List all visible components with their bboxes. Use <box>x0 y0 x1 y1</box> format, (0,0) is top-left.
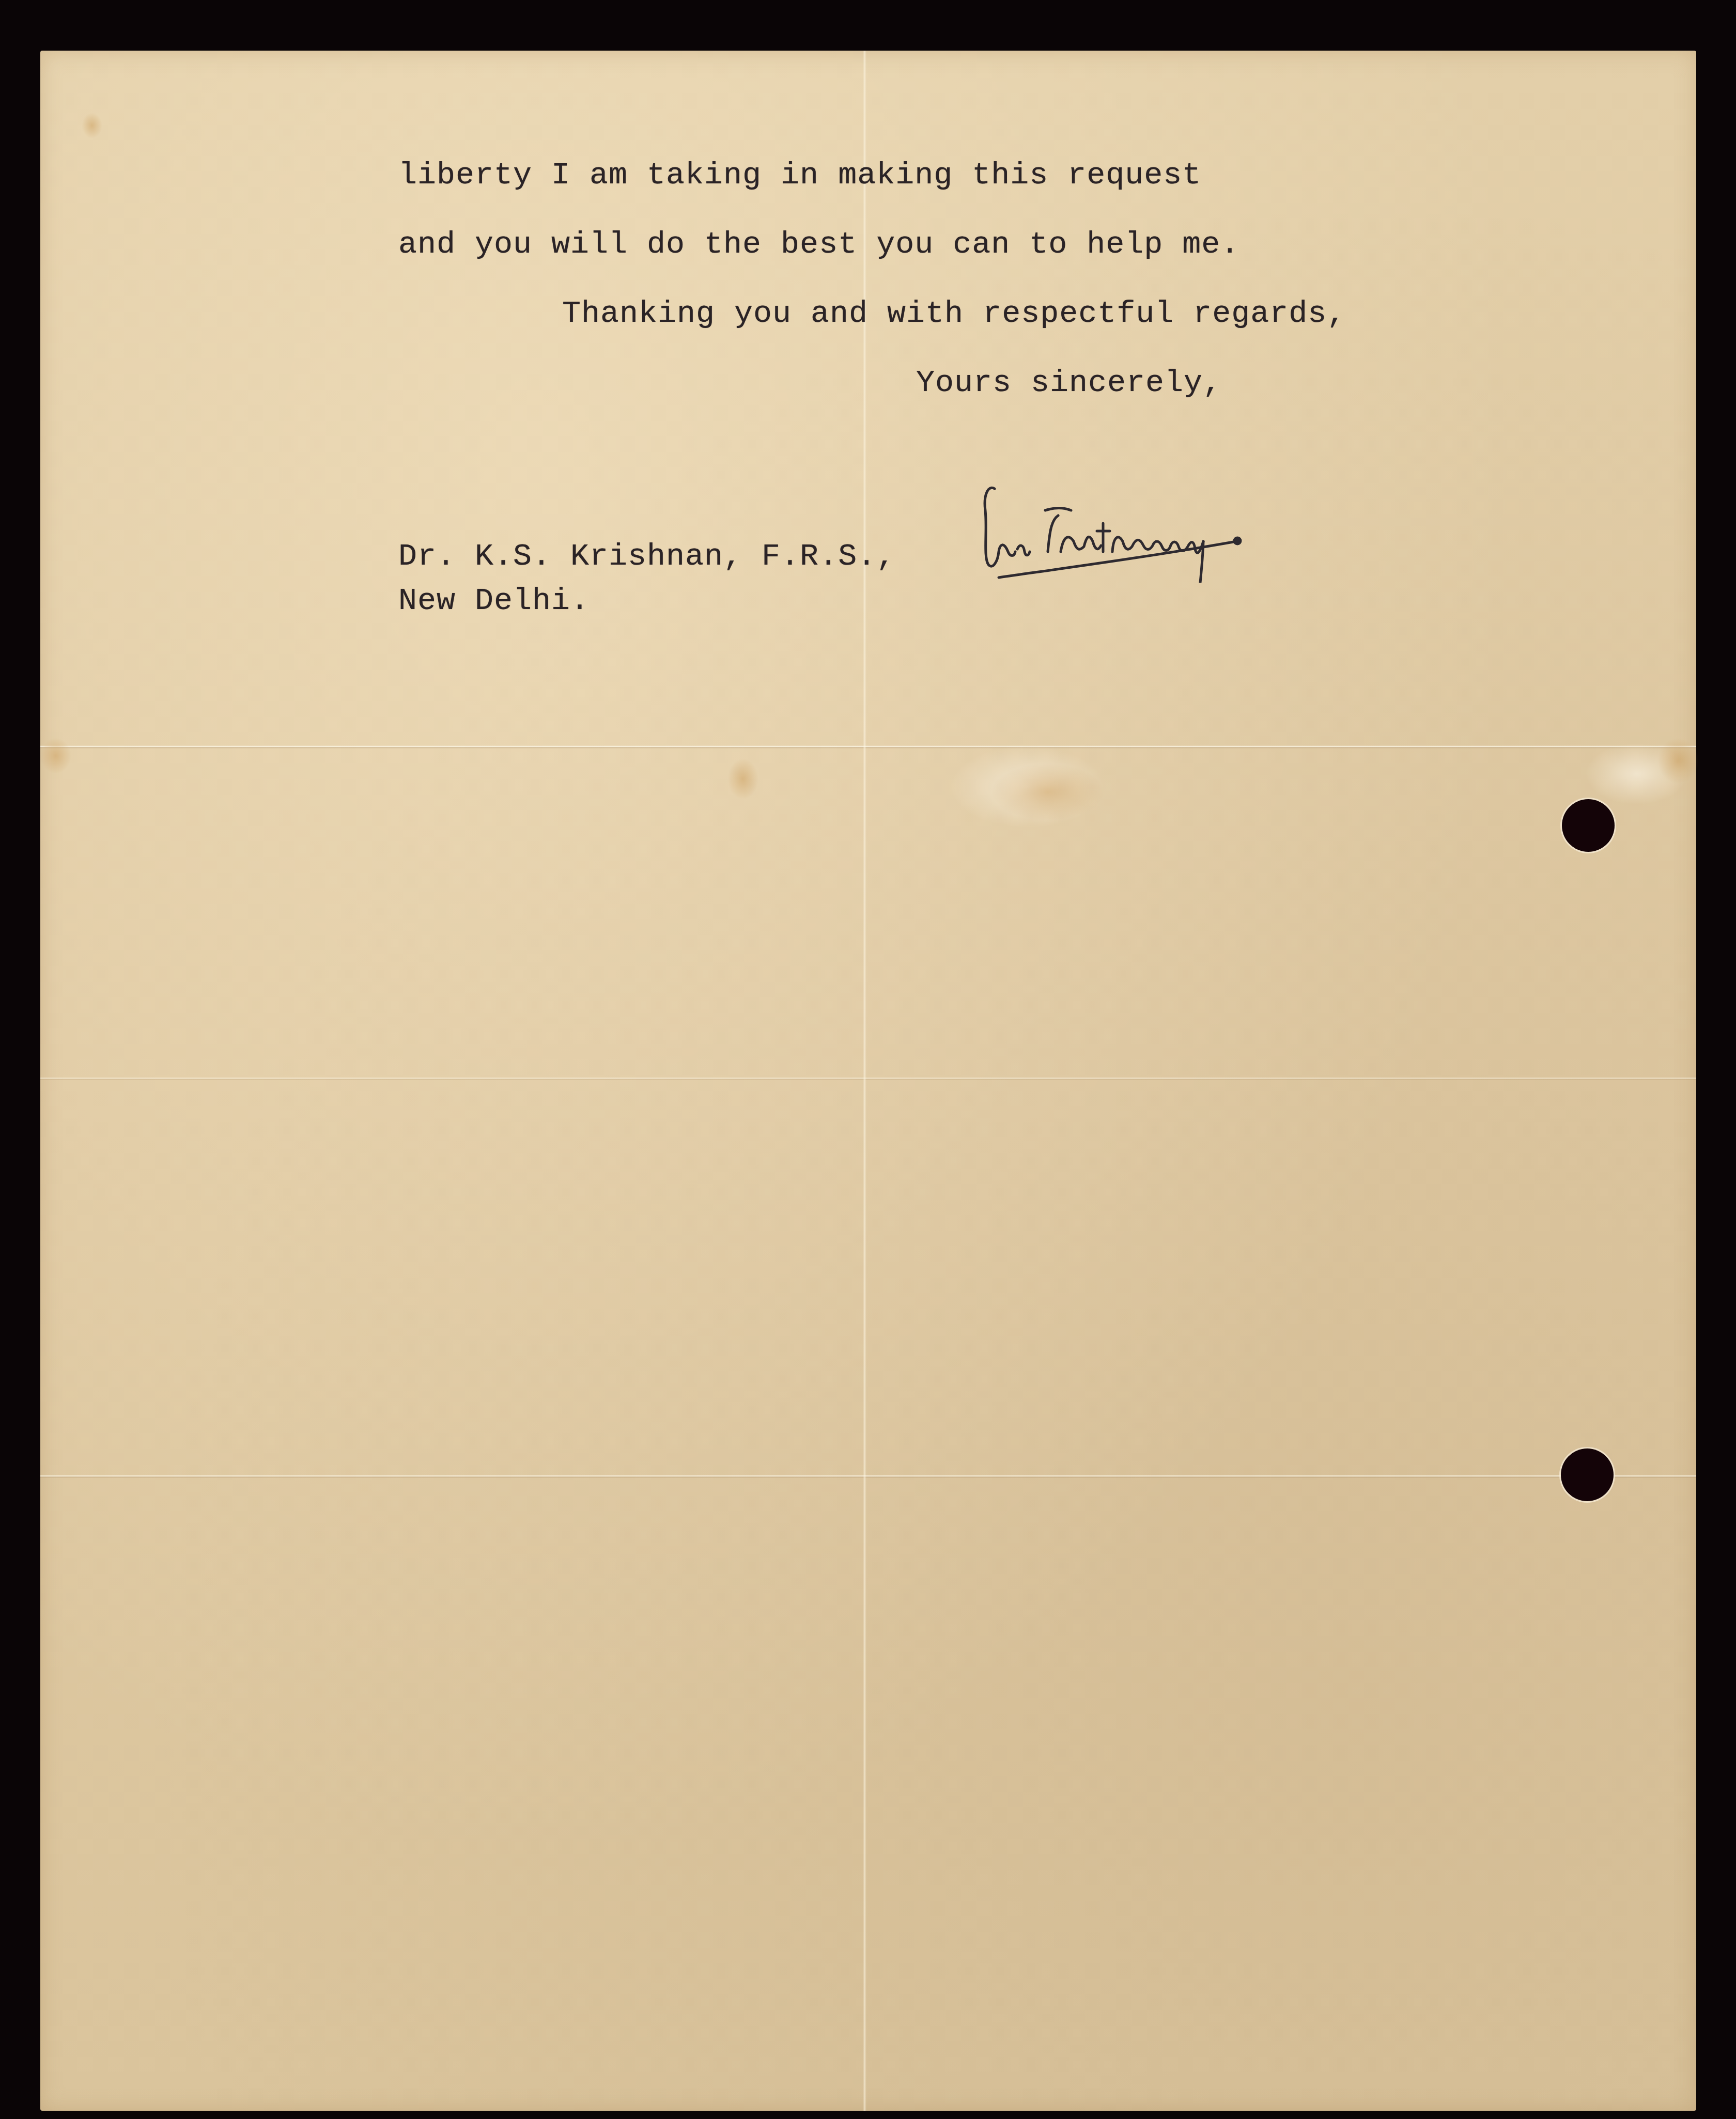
handwritten-signature <box>968 479 1329 583</box>
valediction: Yours sincerely, <box>916 368 1222 399</box>
letter-paper: liberty I am taking in making this reque… <box>40 51 1696 2111</box>
recipient-name: Dr. K.S. Krishnan, F.R.S., <box>398 541 895 572</box>
scanned-document: liberty I am taking in making this reque… <box>0 0 1736 2119</box>
body-line-1: liberty I am taking in making this reque… <box>398 160 1201 191</box>
fold-line-horizontal-2 <box>40 1077 1696 1080</box>
closing-line: Thanking you and with respectful regards… <box>562 299 1346 330</box>
paper-stain <box>40 738 71 774</box>
paper-stain <box>727 758 758 800</box>
body-line-2: and you will do the best you can to help… <box>398 229 1239 260</box>
fold-line-vertical <box>863 51 866 2111</box>
recipient-location: New Delhi. <box>398 586 590 617</box>
punch-hole-upper <box>1562 799 1615 852</box>
paper-stain <box>1657 738 1699 784</box>
fold-line-horizontal-1 <box>40 745 1696 749</box>
punch-hole-lower <box>1561 1448 1614 1501</box>
paper-stain <box>991 764 1105 820</box>
fold-line-horizontal-3 <box>40 1475 1696 1478</box>
paper-stain <box>82 113 102 138</box>
